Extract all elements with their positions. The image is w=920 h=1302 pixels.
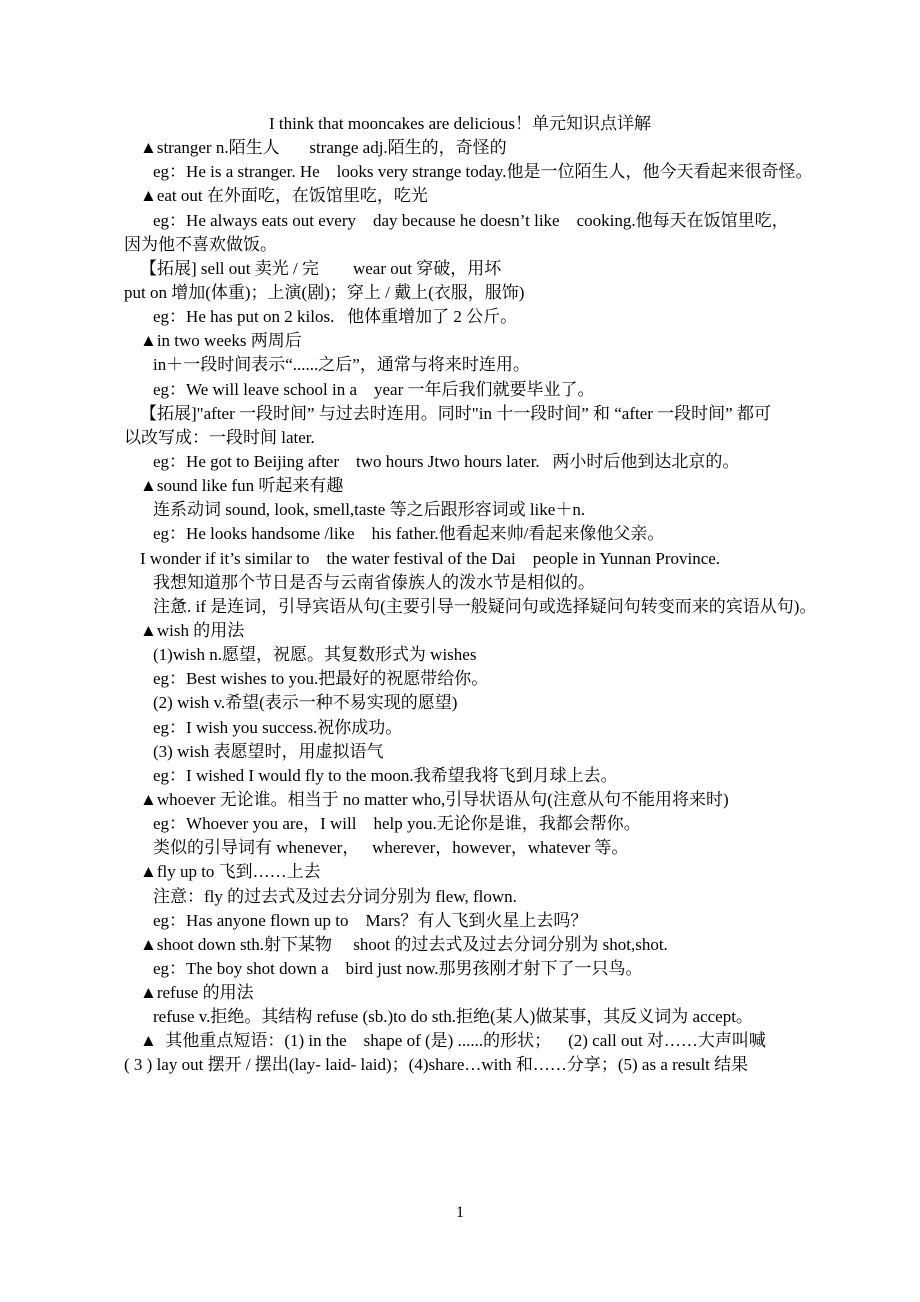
text-line: 【拓展]"after 一段时间” 与过去时连用。同时"in 十一段时间” 和 “…	[0, 402, 920, 426]
text-line: ▲shoot down sth.射下某物 shoot 的过去式及过去分词分别为 …	[0, 933, 920, 957]
text-line: 以改写成：一段时间 later.	[0, 426, 920, 450]
text-line: 注惫. if 是连词，引导宾语从句(主要引导一般疑问句或选择疑问句转变而来的宾语…	[0, 595, 920, 619]
document-page: { "doc": { "page_number": "1" }, "lines"…	[0, 0, 920, 1302]
text-line: put on 增加(体重)；上演(剧)；穿上 / 戴上(衣服，服饰)	[0, 281, 920, 305]
text-line: (2) wish v.希望(表示一种不易实现的愿望)	[0, 691, 920, 715]
page-title: I think that mooncakes are delicious！单元知…	[0, 112, 920, 136]
text-line: ▲fly up to 飞到……上去	[0, 860, 920, 884]
text-line: eg：He is a stranger. He looks very stran…	[0, 160, 920, 184]
text-line: eg：He got to Beijing after two hours Jtw…	[0, 450, 920, 474]
text-line: 我想知道那个节日是否与云南省傣族人的泼水节是相似的。	[0, 571, 920, 595]
text-line: ▲ 其他重点短语：(1) in the shape of (是) ......的…	[0, 1029, 920, 1053]
text-line: ▲eat out 在外面吃，在饭馆里吃，吃光	[0, 184, 920, 208]
text-line: (1)wish n.愿望，祝愿。其复数形式为 wishes	[0, 643, 920, 667]
text-line: eg：Best wishes to you.把最好的祝愿带给你。	[0, 667, 920, 691]
text-line: ▲stranger n.陌生人 strange adj.陌生的，奇怪的	[0, 136, 920, 160]
text-line: ▲refuse 的用法	[0, 981, 920, 1005]
text-line: eg：We will leave school in a year 一年后我们就…	[0, 378, 920, 402]
text-line: ▲wish 的用法	[0, 619, 920, 643]
document-body: I think that mooncakes are delicious！单元知…	[0, 112, 920, 1078]
text-line: eg：Has anyone flown up to Mars？有人飞到火星上去吗…	[0, 909, 920, 933]
text-line: (3) wish 表愿望时，用虚拟语气	[0, 740, 920, 764]
text-line: ▲in two weeks 两周后	[0, 329, 920, 353]
text-line: 注意：fly 的过去式及过去分词分别为 flew, flown.	[0, 885, 920, 909]
text-line: eg：He always eats out every day because …	[0, 209, 920, 233]
text-line: eg：Whoever you are，I will help you.无论你是谁…	[0, 812, 920, 836]
text-line: 连系动词 sound, look, smell,taste 等之后跟形容词或 l…	[0, 498, 920, 522]
text-line: ▲sound like fun 听起来有趣	[0, 474, 920, 498]
text-line: 因为他不喜欢做饭。	[0, 233, 920, 257]
text-line: in＋一段时间表示“......之后”，通常与将来时连用。	[0, 353, 920, 377]
text-line: refuse v.拒绝。其结构 refuse (sb.)to do sth.拒绝…	[0, 1005, 920, 1029]
text-line: eg：I wish you success.祝你成功。	[0, 716, 920, 740]
text-line: eg：The boy shot down a bird just now.那男孩…	[0, 957, 920, 981]
text-line: ( 3 ) lay out 摆开 / 摆出(lay- laid- laid)；(…	[0, 1053, 920, 1077]
text-line: eg：I wished I would fly to the moon.我希望我…	[0, 764, 920, 788]
page-number: 1	[0, 1201, 920, 1225]
text-line: 类似的引导词有 whenever， wherever，however，whate…	[0, 836, 920, 860]
text-line: I wonder if it’s similar to the water fe…	[0, 547, 920, 571]
text-line: ▲whoever 无论谁。相当于 no matter who,引导状语从句(注意…	[0, 788, 920, 812]
text-line: eg：He has put on 2 kilos. 他体重增加了 2 公斤。	[0, 305, 920, 329]
text-line: eg：He looks handsome /like his father.他看…	[0, 522, 920, 546]
text-line: 【拓展] sell out 卖光 / 完 wear out 穿破，用坏	[0, 257, 920, 281]
